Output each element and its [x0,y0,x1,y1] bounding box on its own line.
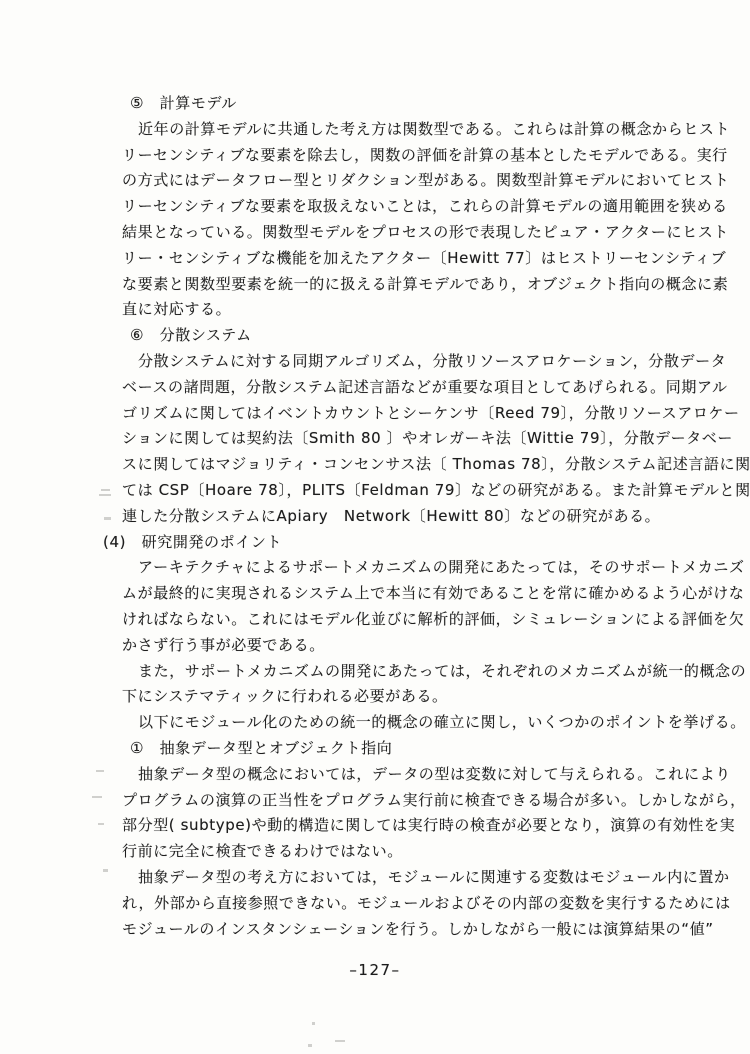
text-line: ければならない。これにはモデル化並びに解析的評価，シミュレーションによる評価を欠 [122,607,707,633]
text-line: 結果となっている。関数型モデルをプロセスの形で表現したピュア・アクターにヒスト [122,220,707,246]
scan-speck [335,1040,345,1042]
text-line: ① 抽象データ型とオブジェクト指向 [130,736,707,762]
text-line: プログラムの演算の正当性をプログラム実行前に検査できる場合が多い。しかしながら， [122,788,707,814]
text-line: ションに関しては契約法〔Smith 80 〕やオレガーキ法〔Wittie 79〕… [122,426,707,452]
text-line: 行前に完全に検査できるわけではない。 [122,839,707,865]
text-line: 連した分散システムにApiary Network〔Hewitt 80〕などの研究… [122,504,707,530]
text-line: 以下にモジュール化のための統一的概念の確立に関し，いくつかのポイントを挙げる。 [122,710,707,736]
scan-speck [101,489,110,491]
text-line: リーセンシティブな要素を取扱えないことは，これらの計算モデルの適用範囲を狭める [122,194,707,220]
text-line: アーキテクチャによるサポートメカニズムの開発にあたっては，そのサポートメカニズ [122,555,707,581]
text-line: ⑤ 計算モデル [130,91,707,117]
scan-speck [98,823,104,825]
text-line: リーセンシティブな要素を除去し，関数の評価を計算の基本としたモデルである。実行 [122,143,707,169]
text-line: 部分型( subtype)や動的構造に関しては実行時の検査が必要となり，演算の有… [122,813,707,839]
text-line: 抽象データ型の概念においては，データの型は変数に対して与えられる。これにより [122,762,707,788]
text-line: (4) 研究開発のポイント [103,530,707,556]
scan-speck [312,1022,315,1025]
text-line: 下にシステマティックに行われる必要がある。 [122,684,707,710]
text-line: 抽象データ型の考え方においては，モジュールに関連する変数はモジュール内に置か [122,865,707,891]
text-line: ては CSP〔Hoare 78〕，PLITS〔Feldman 79〕などの研究が… [122,478,707,504]
text-line: 直に対応する。 [122,297,707,323]
text-line: 分散システムに対する同期アルゴリズム，分散リソースアロケーション，分散データ [122,349,707,375]
document-page: ⑤ 計算モデル近年の計算モデルに共通した考え方は関数型である。これらは計算の概念… [0,0,750,1054]
text-line: れ，外部から直接参照できない。モジュールおよびその内部の変数を実行するためには [122,891,707,917]
scan-speck [92,796,102,798]
text-line: ベースの諸問題，分散システム記述言語などが重要な項目としてあげられる。同期アル [122,375,707,401]
text-line: ゴリズムに関してはイベントカウントとシーケンサ〔Reed 79〕，分散リソースア… [122,401,707,427]
text-line: また，サポートメカニズムの開発にあたっては，それぞれのメカニズムが統一的概念の [122,659,707,685]
text-line: な要素と関数型要素を統一的に扱える計算モデルであり，オブジェクト指向の概念に素 [122,272,707,298]
text-line: の方式にはデータフロー型とリダクション型がある。関数型計算モデルにおいてヒスト [122,168,707,194]
text-line: ムが最終的に実現されるシステム上で本当に有効であることを常に確かめるよう心がけな [122,581,707,607]
document-text-column: ⑤ 計算モデル近年の計算モデルに共通した考え方は関数型である。これらは計算の概念… [122,91,707,942]
text-line: モジュールのインスタンシェーションを行う。しかしながら一般には演算結果の“値” [122,917,707,943]
scan-speck [99,494,111,496]
page-number: –127– [0,961,750,979]
scan-speck [96,770,104,772]
text-line: スに関してはマジョリティ・コンセンサス法〔 Thomas 78〕，分散システム記… [122,452,707,478]
scan-speck [103,869,108,872]
scan-speck [308,1044,312,1047]
text-line: リー・センシティブな機能を加えたアクター〔Hewitt 77〕はヒストリーセンシ… [122,246,707,272]
text-line: かさず行う事が必要である。 [122,633,707,659]
text-line: ⑥ 分散システム [130,323,707,349]
text-line: 近年の計算モデルに共通した考え方は関数型である。これらは計算の概念からヒスト [122,117,707,143]
scan-speck [104,517,111,520]
